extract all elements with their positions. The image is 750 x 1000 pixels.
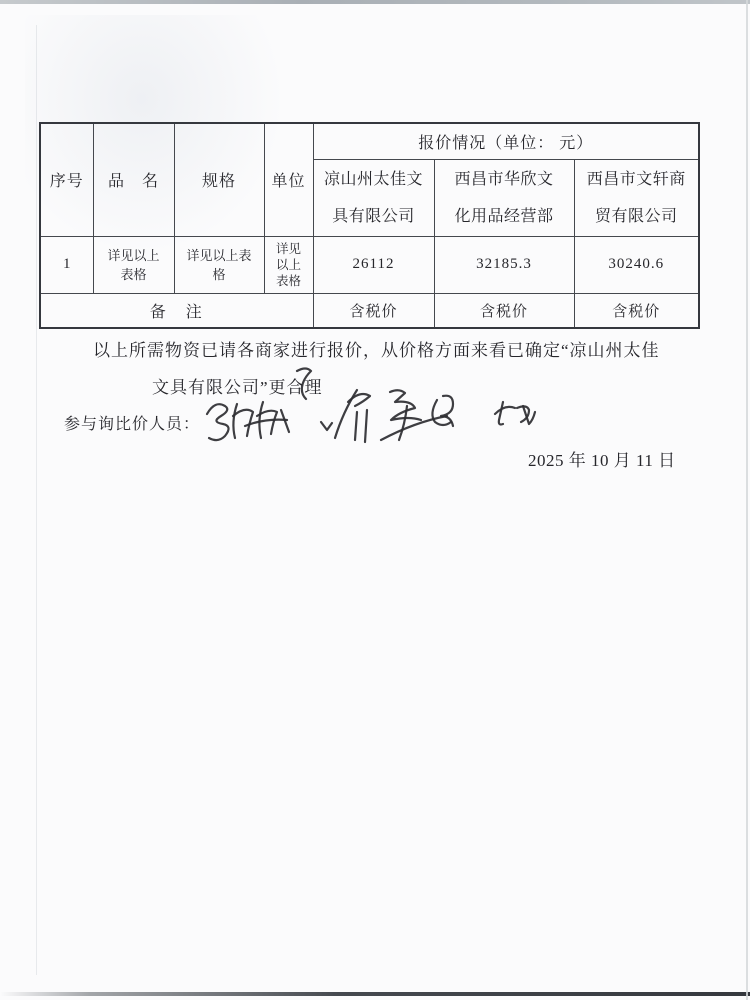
remark-value-3: 含税价 xyxy=(574,293,699,328)
remark-label: 备 注 xyxy=(40,293,313,328)
document-date: 2025 年 10 月 11 日 xyxy=(528,446,676,471)
company-3-line-2: 贸有限公司 xyxy=(575,198,699,235)
remark-value-2: 含税价 xyxy=(434,293,574,328)
scan-edge-top xyxy=(0,0,750,4)
handwritten-mark-icon xyxy=(297,369,311,400)
header-unit: 单位 xyxy=(264,123,313,236)
signature-3-icon xyxy=(495,402,535,425)
scan-edge-bottom xyxy=(0,992,750,996)
header-spec: 规格 xyxy=(174,123,264,236)
scan-fold-line xyxy=(36,25,37,975)
conclusion-text-line-1: 以上所需物资已请各商家进行报价，从价格方面来看已确定“凉山州太佳 xyxy=(93,336,660,361)
header-seq: 序号 xyxy=(40,123,93,236)
remark-row: 备 注 含税价 含税价 含税价 xyxy=(40,293,699,328)
company-1-line-2: 具有限公司 xyxy=(314,198,434,235)
header-company-2: 西昌市华欣文 化用品经营部 xyxy=(434,159,574,236)
header-item: 品 名 xyxy=(93,123,174,236)
cell-price-1: 26112 xyxy=(313,236,434,293)
handwritten-signatures xyxy=(185,362,550,457)
participants-label: 参与询比价人员： xyxy=(64,411,200,434)
header-company-1: 凉山州太佳文 具有限公司 xyxy=(313,159,434,236)
company-2-line-1: 西昌市华欣文 xyxy=(435,161,574,198)
cell-price-2: 32185.3 xyxy=(434,236,574,293)
remark-value-1: 含税价 xyxy=(313,293,434,328)
cell-spec: 详见以上表 格 xyxy=(174,236,264,293)
scan-edge-right xyxy=(746,0,748,1000)
signature-2-icon xyxy=(321,390,453,442)
table-row: 1 详见以上 表格 详见以上表 格 详见 以上 表格 26112 32185.3… xyxy=(40,236,699,293)
cell-unit: 详见 以上 表格 xyxy=(264,236,313,293)
signature-1-icon xyxy=(207,402,289,440)
header-company-3: 西昌市文轩商 贸有限公司 xyxy=(574,159,699,236)
cell-seq: 1 xyxy=(40,236,93,293)
scanned-document-page: { "table": { "headers": { "seq": "序号", "… xyxy=(0,0,750,1000)
cell-item: 详见以上 表格 xyxy=(93,236,174,293)
cell-price-3: 30240.6 xyxy=(574,236,699,293)
company-2-line-2: 化用品经营部 xyxy=(435,198,574,235)
header-quote-group: 报价情况（单位： 元） xyxy=(313,123,699,159)
company-1-line-1: 凉山州太佳文 xyxy=(314,161,434,198)
company-3-line-1: 西昌市文轩商 xyxy=(575,161,699,198)
quotation-table: 序号 品 名 规格 单位 报价情况（单位： 元） 凉山州太佳文 具有限公司 西昌… xyxy=(39,122,700,329)
